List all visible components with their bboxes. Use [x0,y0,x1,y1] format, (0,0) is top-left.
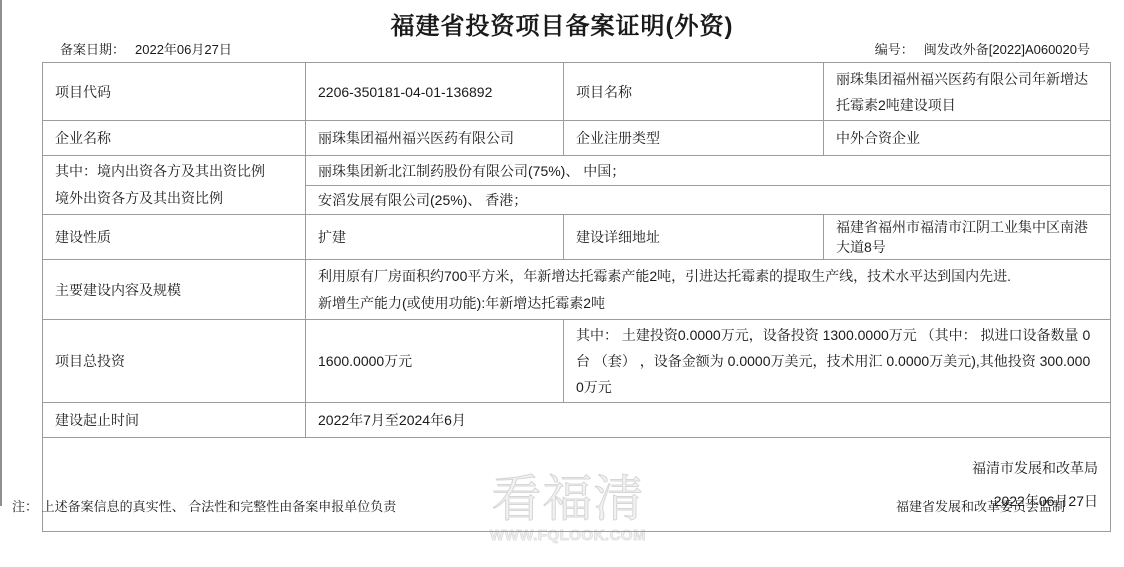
company-name-label: 企业名称 [43,121,306,156]
certificate-table: 项目代码 2206-350181-04-01-136892 项目名称 丽珠集团福… [42,62,1111,532]
footer: 注： 上述备案信息的真实性、 合法性和完整性由备案申报单位负责 福建省发展和改革… [12,496,1065,515]
total-investment-label: 项目总投资 [43,320,306,403]
table-row: 主要建设内容及规模 利用原有厂房面积约700平方米，年新增达托霉素产能2吨，引进… [43,260,1111,320]
project-code-label: 项目代码 [43,63,306,121]
main-content-value: 利用原有厂房面积约700平方米，年新增达托霉素产能2吨，引进达托霉素的提取生产线… [306,260,1111,320]
footer-supervisor: 福建省发展和改革委员会监制 [896,496,1065,515]
construction-period-value: 2022年7月至2024年6月 [306,403,1111,438]
table-row: 企业名称 丽珠集团福州福兴医药有限公司 企业注册类型 中外合资企业 [43,121,1111,156]
project-name-value: 丽珠集团福州福兴医药有限公司年新增达托霉素2吨建设项目 [824,63,1111,121]
certificate-number-label: 编号： [875,42,914,57]
domestic-investor-value: 丽珠集团新北江制药股份有限公司(75%)、 中国； [306,156,1111,186]
registration-type-label: 企业注册类型 [564,121,824,156]
page-edge-line [0,0,2,506]
registration-type-value: 中外合资企业 [824,121,1111,156]
investment-breakdown-value: 其中： 土建投资0.0000万元，设备投资 1300.0000万元 （其中： 拟… [564,320,1111,403]
filing-date-value: 2022年06月27日 [135,42,232,57]
signature-authority: 福清市发展和改革局 [55,459,1098,477]
table-row: 项目总投资 1600.0000万元 其中： 土建投资0.0000万元，设备投资 … [43,320,1111,403]
filing-date-label: 备案日期： [60,42,125,57]
footer-note: 注： 上述备案信息的真实性、 合法性和完整性由备案申报单位负责 [12,496,396,515]
main-content-line1: 利用原有厂房面积约700平方米，年新增达托霉素产能2吨，引进达托霉素的提取生产线… [318,263,1098,290]
construction-nature-label: 建设性质 [43,215,306,260]
main-content-line2: 新增生产能力(或使用功能):年新增达托霉素2吨 [318,290,1098,317]
construction-nature-value: 扩建 [306,215,564,260]
project-code-value: 2206-350181-04-01-136892 [306,63,564,121]
filing-date: 备案日期：2022年06月27日 [60,39,232,58]
certificate-number-value: 闽发改外备[2022]A060020号 [924,42,1090,57]
table-row: 其中：境内出资各方及其出资比例 境外出资各方及其出资比例 丽珠集团新北江制药股份… [43,156,1111,186]
page-title: 福建省投资项目备案证明(外资) [0,6,1124,41]
signature-cell: 福清市发展和改革局 2022年06月27日 [43,438,1111,532]
construction-address-value: 福建省福州市福清市江阴工业集中区南港大道8号 [824,215,1111,260]
main-content-label: 主要建设内容及规模 [43,260,306,320]
foreign-investor-value: 安滔发展有限公司(25%)、 香港； [306,186,1111,215]
table-row: 建设起止时间 2022年7月至2024年6月 [43,403,1111,438]
project-name-label: 项目名称 [564,63,824,121]
construction-address-label: 建设详细地址 [564,215,824,260]
table-row: 建设性质 扩建 建设详细地址 福建省福州市福清市江阴工业集中区南港大道8号 [43,215,1111,260]
company-name-value: 丽珠集团福州福兴医药有限公司 [306,121,564,156]
table-row: 项目代码 2206-350181-04-01-136892 项目名称 丽珠集团福… [43,63,1111,121]
investors-label: 其中：境内出资各方及其出资比例 境外出资各方及其出资比例 [43,156,306,215]
construction-period-label: 建设起止时间 [43,403,306,438]
investors-label-line1: 其中：境内出资各方及其出资比例 [55,158,293,185]
certificate-number: 编号：闽发改外备[2022]A060020号 [875,39,1090,58]
table-row: 福清市发展和改革局 2022年06月27日 [43,438,1111,532]
total-investment-value: 1600.0000万元 [306,320,564,403]
investors-label-line2: 境外出资各方及其出资比例 [55,185,293,212]
